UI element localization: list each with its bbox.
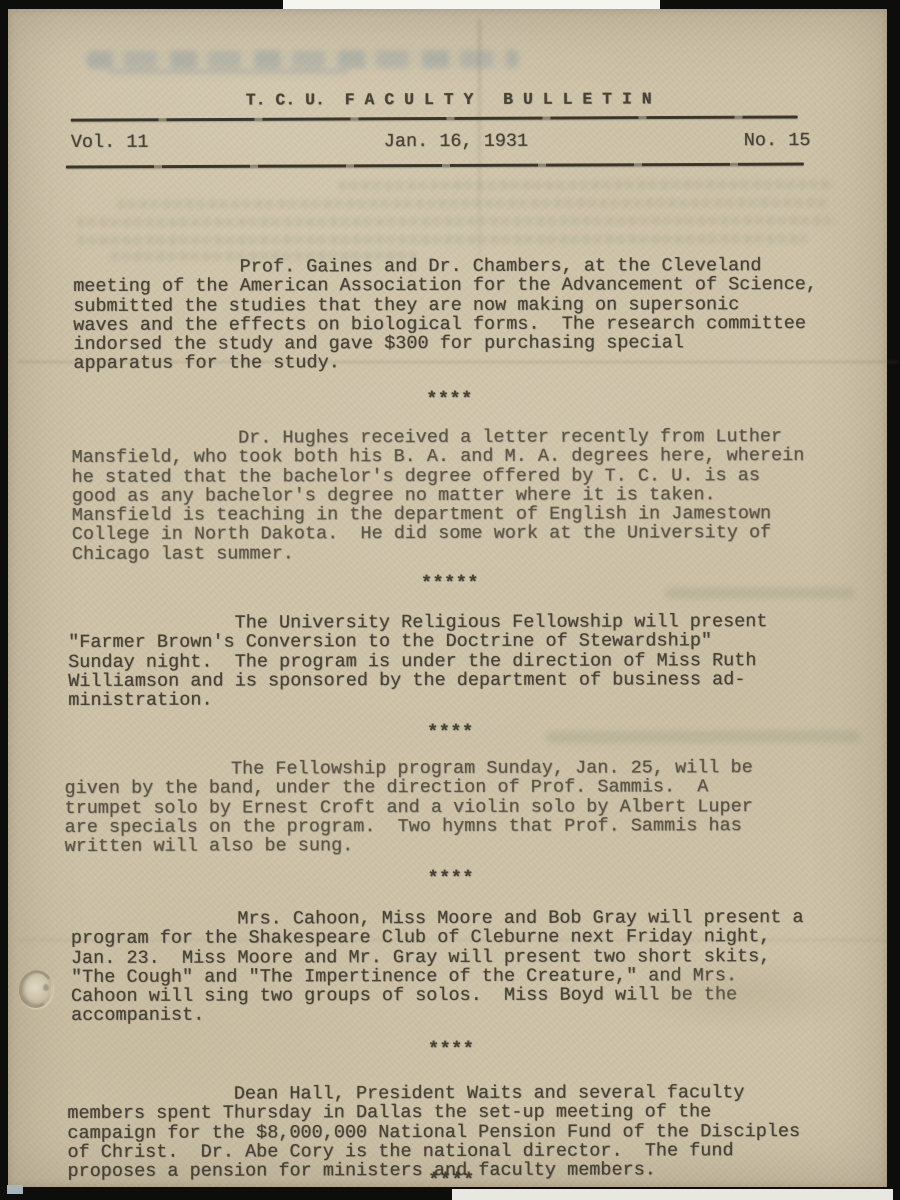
paragraph: Dr. Hughes received a letter recently fr… (72, 427, 892, 564)
masthead-rule (66, 163, 804, 169)
text-line: Sunday night. The program is under the d… (68, 650, 888, 671)
text-line: Mansfield, who took both his B. A. and M… (72, 446, 892, 467)
bleedthrough-smudge (616, 954, 871, 1035)
section-separator: **** (1, 1038, 900, 1061)
issue-number-label: No. 15 (744, 130, 811, 151)
text-line: written will also be sung. (65, 835, 885, 856)
text-line: campaign for the $8,000,000 National Pen… (67, 1121, 887, 1142)
bleedthrough-text-smudge (117, 198, 829, 209)
water-spot-mark (15, 967, 56, 1011)
page-title: T. C. U. F A C U L T Y B U L L E T I N (0, 89, 899, 110)
text-line: are specials on the program. Two hymns t… (65, 816, 885, 837)
section-separator: **** (0, 388, 900, 411)
text-line: College in North Dakota. He did some wor… (72, 523, 892, 544)
paragraph: The University Religious Fellowship will… (68, 612, 888, 711)
bleedthrough-smudge (545, 730, 860, 744)
date-label: Jan. 16, 1931 (384, 131, 528, 152)
paragraph: Dean Hall, President Waits and several f… (67, 1083, 887, 1182)
text-line: given by the band, under the direction o… (64, 777, 884, 798)
paragraph: The Fellowship program Sunday, Jan. 25, … (64, 758, 884, 857)
section-separator: **** (1, 1169, 900, 1192)
bleedthrough-smudge (665, 587, 855, 599)
ink-stamp-smudge (109, 68, 349, 75)
text-line: trumpet solo by Ernest Croft and a violi… (65, 796, 885, 817)
bulletin-content: T. C. U. F A C U L T Y B U L L E T I N V… (0, 0, 900, 1200)
text-line: "Farmer Brown's Conversion to the Doctri… (68, 631, 888, 652)
text-line: Chicago last summer. (72, 543, 892, 564)
paragraph: Prof. Gaines and Dr. Chambers, at the Cl… (73, 256, 893, 374)
section-separator: **** (1, 867, 900, 890)
text-line: indorsed the study and gave $300 for pur… (73, 333, 893, 354)
title-underline-rule (71, 115, 798, 121)
text-line: ministration. (68, 689, 888, 710)
bleedthrough-text-smudge (77, 216, 837, 227)
text-line: meeting of the American Association for … (73, 275, 893, 296)
text-line: Williamson and is sponsored by the depar… (68, 670, 888, 691)
masthead: Vol. 11 Jan. 16, 1931 No. 15 (0, 0, 898, 1)
bleedthrough-text-smudge (339, 180, 834, 190)
ink-stamp-smudge (87, 50, 519, 69)
water-spot-dot (43, 984, 49, 991)
text-line: he stated that the bachelor's degree off… (72, 465, 892, 486)
volume-label: Vol. 11 (71, 132, 149, 153)
bleedthrough-text-smudge (77, 234, 807, 245)
text-line: apparatus for the study. (73, 352, 893, 373)
